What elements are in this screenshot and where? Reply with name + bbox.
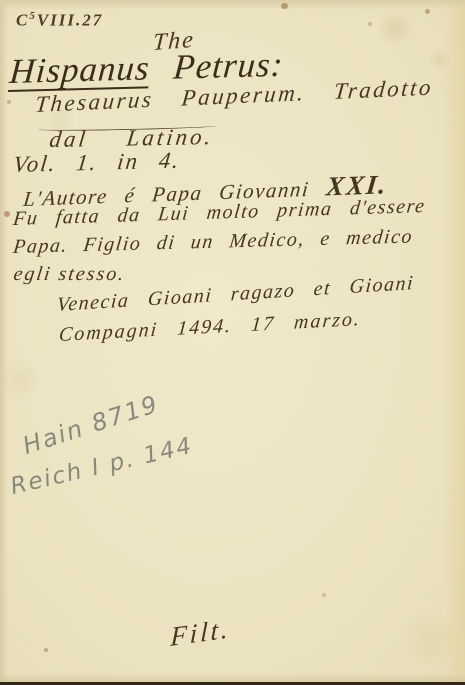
stain-spot [7, 100, 11, 104]
stain-spot [281, 3, 288, 9]
shelfmark-superscript: 5 [29, 10, 37, 22]
shelfmark: C5VIII.27 [16, 10, 103, 31]
shelfmark-letter: C [16, 11, 29, 30]
stain-spot [44, 648, 48, 652]
stain-spot [322, 593, 326, 597]
stain-spot [425, 9, 430, 14]
stain-spot [4, 211, 10, 217]
stain-spot [368, 22, 372, 26]
note-line-4: egli stesso. [12, 263, 127, 286]
note-line-3: Papa. Figlio di un Medico, e medico [12, 225, 414, 259]
manuscript-catalog-card: C5VIII.27 The Hispanus Petrus: Thesaurus… [0, 0, 465, 685]
format-line: Vol. 1. in 4. [12, 148, 182, 178]
author-forename: Petrus: [172, 45, 285, 87]
author-surname: Hispanus [8, 48, 151, 91]
bottom-annotation: Filt. [170, 613, 231, 653]
shelfmark-number: VIII.27 [37, 11, 103, 30]
